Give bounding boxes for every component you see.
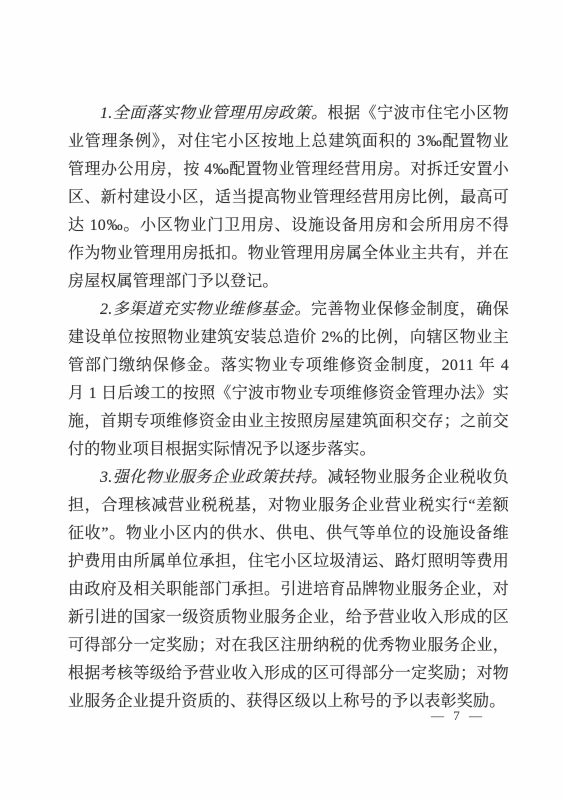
paragraph-2-topic: 2.多渠道充实物业维修基金。 [100, 301, 311, 318]
document-page: 1.全面落实物业管理用房政策。根据《宁波市住宅小区物业管理条例》，对住宅小区按地… [0, 0, 565, 799]
document-text-block: 1.全面落实物业管理用房政策。根据《宁波市住宅小区物业管理条例》，对住宅小区按地… [68, 100, 509, 716]
paragraph-1-body: 根据《宁波市住宅小区物业管理条例》，对住宅小区按地上总建筑面积的 3‰配置物业管… [68, 105, 509, 290]
paragraph-3-topic: 3.强化物业服务企业政策扶持。 [100, 469, 328, 486]
paragraph-1-topic: 1.全面落实物业管理用房政策。 [100, 105, 328, 122]
paragraph-3: 3.强化物业服务企业政策扶持。减轻物业服务企业税收负担，合理核减营业税税基，对物… [68, 464, 509, 716]
paragraph-2: 2.多渠道充实物业维修基金。完善物业保修金制度，确保建设单位按照物业建筑安装总造… [68, 296, 509, 464]
paragraph-1: 1.全面落实物业管理用房政策。根据《宁波市住宅小区物业管理条例》，对住宅小区按地… [68, 100, 509, 296]
paragraph-3-body: 减轻物业服务企业税收负担，合理核减营业税税基，对物业服务企业营业税实行“差额征收… [68, 469, 509, 710]
page-number: — 7 — [431, 708, 485, 724]
paragraph-2-body: 完善物业保修金制度，确保建设单位按照物业建筑安装总造价 2%的比例，向辖区物业主… [68, 301, 509, 458]
